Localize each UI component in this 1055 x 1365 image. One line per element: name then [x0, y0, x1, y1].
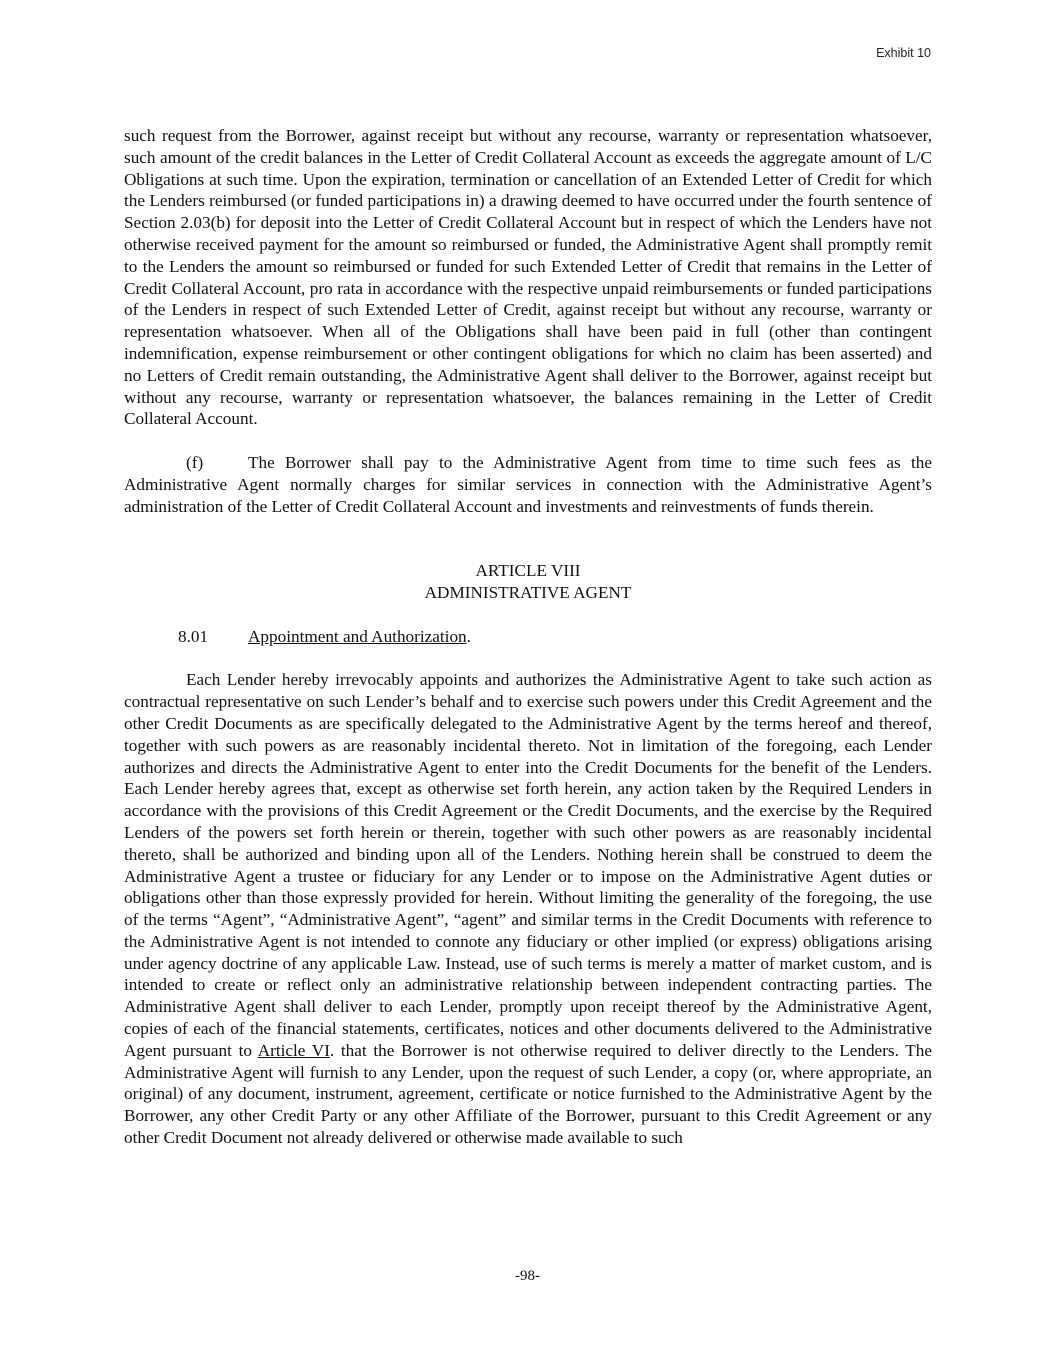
section-title-period: .: [467, 627, 471, 646]
paragraph-f-label: (f): [186, 452, 248, 474]
exhibit-label: Exhibit 10: [876, 46, 931, 60]
article-title: ADMINISTRATIVE AGENT: [124, 582, 932, 604]
page-number: -98-: [0, 1268, 1055, 1285]
article-vi-reference: Article VI: [258, 1041, 330, 1060]
spacer: [124, 430, 932, 452]
section-body-paragraph: Each Lender hereby irrevocably appoints …: [124, 669, 932, 1149]
paragraph-e-continuation: such request from the Borrower, against …: [124, 125, 932, 430]
document-body: such request from the Borrower, against …: [124, 125, 932, 1149]
spacer: [124, 648, 932, 670]
paragraph-f: (f)The Borrower shall pay to the Adminis…: [124, 452, 932, 517]
section-heading: 8.01Appointment and Authorization.: [124, 626, 932, 648]
section-body-text: Each Lender hereby irrevocably appoints …: [124, 670, 932, 1060]
section-title: Appointment and Authorization: [248, 627, 467, 646]
article-heading: ARTICLE VIII ADMINISTRATIVE AGENT: [124, 560, 932, 604]
article-number: ARTICLE VIII: [124, 560, 932, 582]
section-number: 8.01: [178, 626, 248, 648]
